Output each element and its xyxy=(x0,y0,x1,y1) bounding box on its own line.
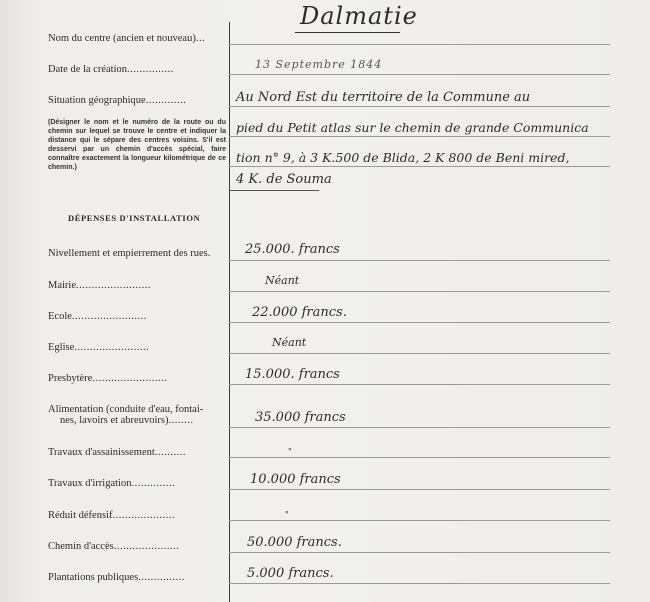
label-line: nes, lavoirs et abreuvoirs)........ xyxy=(48,415,226,426)
expense-value-eglise: Néant xyxy=(272,336,306,349)
rule-line xyxy=(229,136,610,137)
expense-label-alimentation: Alimentation (conduite d'eau, fontai- ne… xyxy=(48,404,226,426)
situation-note: (Désigner le nom et le numéro de la rout… xyxy=(48,118,226,172)
rule-line xyxy=(229,520,610,521)
rule-line xyxy=(229,427,610,428)
rule-line xyxy=(229,322,610,323)
expense-value-reduit: " xyxy=(285,510,289,519)
expense-label-chemin: Chemin d'accès..................... xyxy=(48,541,226,553)
rule-line xyxy=(229,44,610,45)
rule-line xyxy=(229,106,610,107)
column-divider xyxy=(229,22,230,602)
rule-line xyxy=(229,552,610,553)
expense-label-plantations: Plantations publiques............... xyxy=(48,572,226,584)
expense-label-presbytere: Presbytère........................ xyxy=(48,373,226,385)
expense-label-assainissement: Travaux d'assainissement.......... xyxy=(48,447,226,459)
rule-line xyxy=(229,489,610,490)
date-label: Date de la création............... xyxy=(48,64,226,76)
expense-value-alimentation: 35.000 francs xyxy=(255,410,346,425)
label-line: Alimentation (conduite d'eau, fontai- xyxy=(48,404,226,415)
expense-value-mairie: Néant xyxy=(265,274,299,287)
rule-line xyxy=(229,583,610,584)
expense-label-nivellement: Nivellement et empierrement des rues. xyxy=(48,248,226,260)
expense-value-nivellement: 25.000. francs xyxy=(245,242,340,257)
expense-label-eglise: Eglise........................ xyxy=(48,342,226,354)
date-value: 13 Septembre 1844 xyxy=(255,58,382,71)
name-value: Dalmatie xyxy=(300,2,418,30)
expense-value-irrigation: 10.000 francs xyxy=(250,472,341,487)
rule-line xyxy=(229,74,610,75)
expense-value-ecole: 22.000 francs. xyxy=(252,305,347,320)
situation-line-1: Au Nord Est du territoire de la Commune … xyxy=(236,90,530,105)
situation-line-3: tion n° 9, à 3 K.500 de Blida, 2 K 800 d… xyxy=(236,150,569,165)
expense-label-reduit: Réduit défensif.................... xyxy=(48,510,226,522)
expense-label-mairie: Mairie........................ xyxy=(48,280,226,292)
section-heading: DÉPENSES D'INSTALLATION xyxy=(68,213,200,223)
name-flourish xyxy=(295,32,400,33)
situation-line-4: 4 K. de Souma xyxy=(236,172,332,187)
expense-value-chemin: 50.000 francs. xyxy=(247,535,342,550)
rule-line xyxy=(229,260,610,261)
name-label: Nom du centre (ancien et nouveau)... xyxy=(48,33,226,45)
rule-line xyxy=(229,166,610,167)
rule-line xyxy=(229,291,610,292)
rule-line xyxy=(229,190,319,191)
expense-value-presbytere: 15.000. francs xyxy=(245,367,340,382)
situation-label: Situation géographique............. xyxy=(48,95,226,107)
situation-line-2: pied du Petit atlas sur le chemin de gra… xyxy=(236,120,589,135)
document-page: Nom du centre (ancien et nouveau)... Dal… xyxy=(0,0,650,602)
expense-value-plantations: 5.000 francs. xyxy=(247,566,334,581)
expense-label-irrigation: Travaux d'irrigation.............. xyxy=(48,478,226,490)
rule-line xyxy=(229,384,610,385)
expense-label-ecole: Ecole........................ xyxy=(48,311,226,323)
rule-line xyxy=(229,353,610,354)
expense-value-assainissement: " xyxy=(288,447,292,456)
rule-line xyxy=(229,457,610,458)
